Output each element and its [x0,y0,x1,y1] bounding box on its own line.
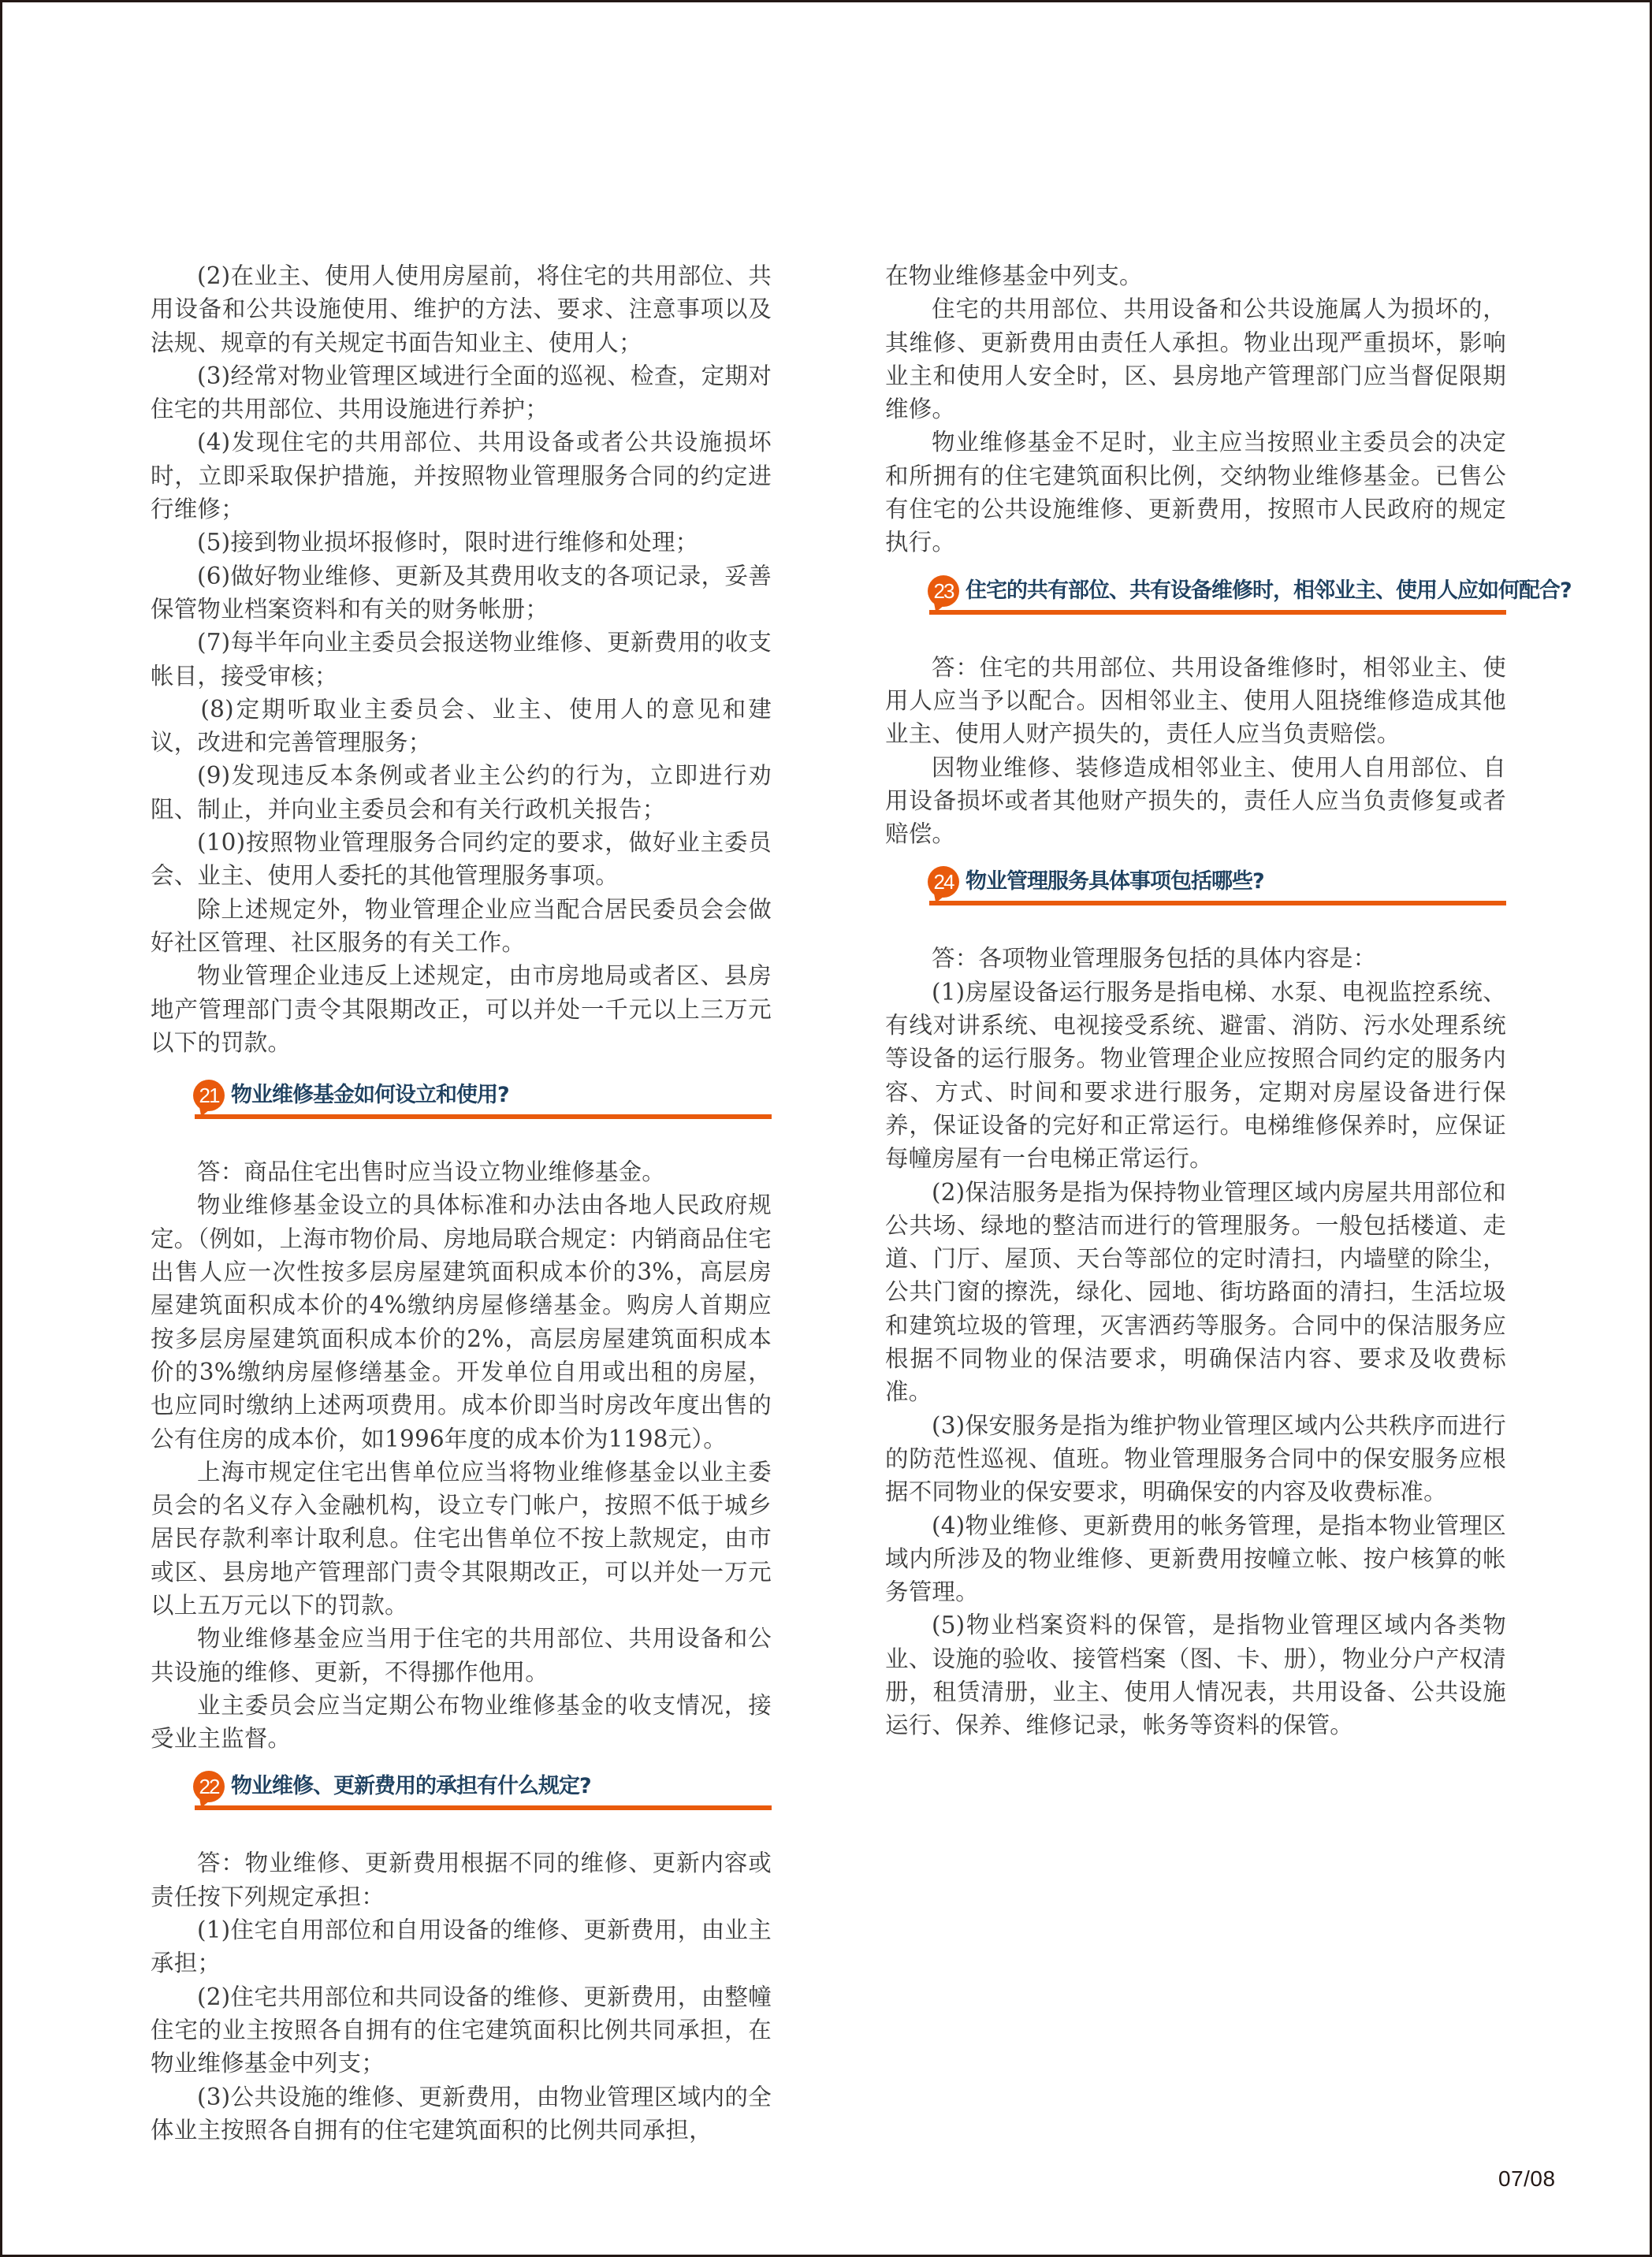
paragraph: 住宅的共用部位、共用设备和公共设施属人为损坏的，其维修、更新费用由责任人承担。物… [885,292,1506,426]
heading-underline [195,1805,772,1810]
answer-paragraph: (1)房屋设备运行服务是指电梯、水泵、电视监控系统、有线对讲系统、电视接受系统、… [885,976,1506,1176]
question-title: 住宅的共有部位、共有设备维修时，相邻业主、使用人应如何配合? [966,574,1572,608]
paragraph: (5)接到物业损坏报修时，限时进行维修和处理； [151,526,772,559]
paragraph: (9)发现违反本条例或者业主公约的行为，立即进行劝阻、制止，并向业主委员会和有关… [151,759,772,826]
answer-paragraph: (3)公共设施的维修、更新费用，由物业管理区域内的全体业主按照各自拥有的住宅建筑… [151,2080,772,2147]
page-number: 07/08 [1498,2166,1556,2192]
answer-paragraph: 物业维修基金设立的具体标准和办法由各地人民政府规定。（例如，上海市物价局、房地局… [151,1188,772,1455]
answer-paragraph: 因物业维修、装修造成相邻业主、使用人自用部位、自用设备损坏或者其他财产损失的，责… [885,751,1506,851]
paragraph: 物业维修基金不足时，业主应当按照业主委员会的决定和所拥有的住宅建筑面积比例，交纳… [885,426,1506,559]
paragraph: (8)定期听取业主委员会、业主、使用人的意见和建议，改进和完善管理服务； [151,693,772,760]
answer-paragraph: (2)住宅共用部位和共同设备的维修、更新费用，由整幢住宅的业主按照各自拥有的住宅… [151,1980,772,2080]
answer-paragraph: (2)保洁服务是指为保持物业管理区域内房屋共用部位和公共场、绿地的整洁而进行的管… [885,1176,1506,1409]
heading-underline [195,1114,772,1119]
heading-underline [929,901,1506,905]
answer-paragraph: 上海市规定住宅出售单位应当将物业维修基金以业主委员会的名义存入金融机构，设立专门… [151,1456,772,1622]
answer-paragraph: 答：物业维修、更新费用根据不同的维修、更新内容或责任按下列规定承担： [151,1846,772,1913]
paragraph: (7)每半年向业主委员会报送物业维修、更新费用的收支帐目，接受审核； [151,626,772,693]
question-heading-21: 21 物业维修基金如何设立和使用? [151,1075,772,1119]
question-heading-24: 24 物业管理服务具体事项包括哪些? [885,861,1506,905]
answer-paragraph: 物业维修基金应当用于住宅的共用部位、共用设备和公共设施的维修、更新，不得挪作他用… [151,1622,772,1689]
question-heading-22: 22 物业维修、更新费用的承担有什么规定? [151,1766,772,1810]
answer-paragraph: (1)住宅自用部位和自用设备的维修、更新费用，由业主承担； [151,1913,772,1980]
question-title: 物业管理服务具体事项包括哪些? [966,865,1264,899]
question-title: 物业维修、更新费用的承担有什么规定? [231,1769,591,1804]
answer-paragraph: 业主委员会应当定期公布物业维修基金的收支情况，接受业主监督。 [151,1689,772,1756]
answer-paragraph: 答：住宅的共用部位、共用设备维修时，相邻业主、使用人应当予以配合。因相邻业主、使… [885,651,1506,751]
answer-paragraph: 答：各项物业管理服务包括的具体内容是： [885,942,1506,975]
question-title: 物业维修基金如何设立和使用? [231,1078,509,1113]
document-page: (2)在业主、使用人使用房屋前，将住宅的共用部位、共用设备和公共设施使用、维护的… [0,0,1652,2257]
number-badge-icon: 21 [193,1080,225,1111]
paragraph: (6)做好物业维修、更新及其费用收支的各项记录，妥善保管物业档案资料和有关的财务… [151,560,772,627]
paragraph: 在物业维修基金中列支。 [885,259,1506,292]
right-column: 在物业维修基金中列支。 住宅的共用部位、共用设备和公共设施属人为损坏的，其维修、… [885,259,1506,1742]
number-badge-icon: 23 [928,575,959,607]
heading-underline [929,610,1506,615]
answer-paragraph: (3)保安服务是指为维护物业管理区域内公共秩序而进行的防范性巡视、值班。物业管理… [885,1409,1506,1509]
paragraph: 除上述规定外，物业管理企业应当配合居民委员会会做好社区管理、社区服务的有关工作。 [151,893,772,960]
left-column: (2)在业主、使用人使用房屋前，将住宅的共用部位、共用设备和公共设施使用、维护的… [151,259,772,2147]
paragraph: (3)经常对物业管理区域进行全面的巡视、检查，定期对住宅的共用部位、共用设施进行… [151,359,772,426]
answer-paragraph: 答：商品住宅出售时应当设立物业维修基金。 [151,1155,772,1188]
answer-paragraph: (4)物业维修、更新费用的帐务管理，是指本物业管理区域内所涉及的物业维修、更新费… [885,1509,1506,1609]
question-heading-23: 23 住宅的共有部位、共有设备维修时，相邻业主、使用人应如何配合? [885,571,1506,615]
answer-paragraph: (5)物业档案资料的保管，是指物业管理区域内各类物业、设施的验收、接管档案（图、… [885,1608,1506,1742]
number-badge-icon: 22 [193,1771,225,1802]
paragraph: (4)发现住宅的共用部位、共用设备或者公共设施损坏时，立即采取保护措施，并按照物… [151,426,772,526]
paragraph: 物业管理企业违反上述规定，由市房地局或者区、县房地产管理部门责令其限期改正，可以… [151,959,772,1059]
paragraph: (10)按照物业管理服务合同约定的要求，做好业主委员会、业主、使用人委托的其他管… [151,826,772,893]
number-badge-icon: 24 [928,866,959,898]
paragraph: (2)在业主、使用人使用房屋前，将住宅的共用部位、共用设备和公共设施使用、维护的… [151,259,772,359]
